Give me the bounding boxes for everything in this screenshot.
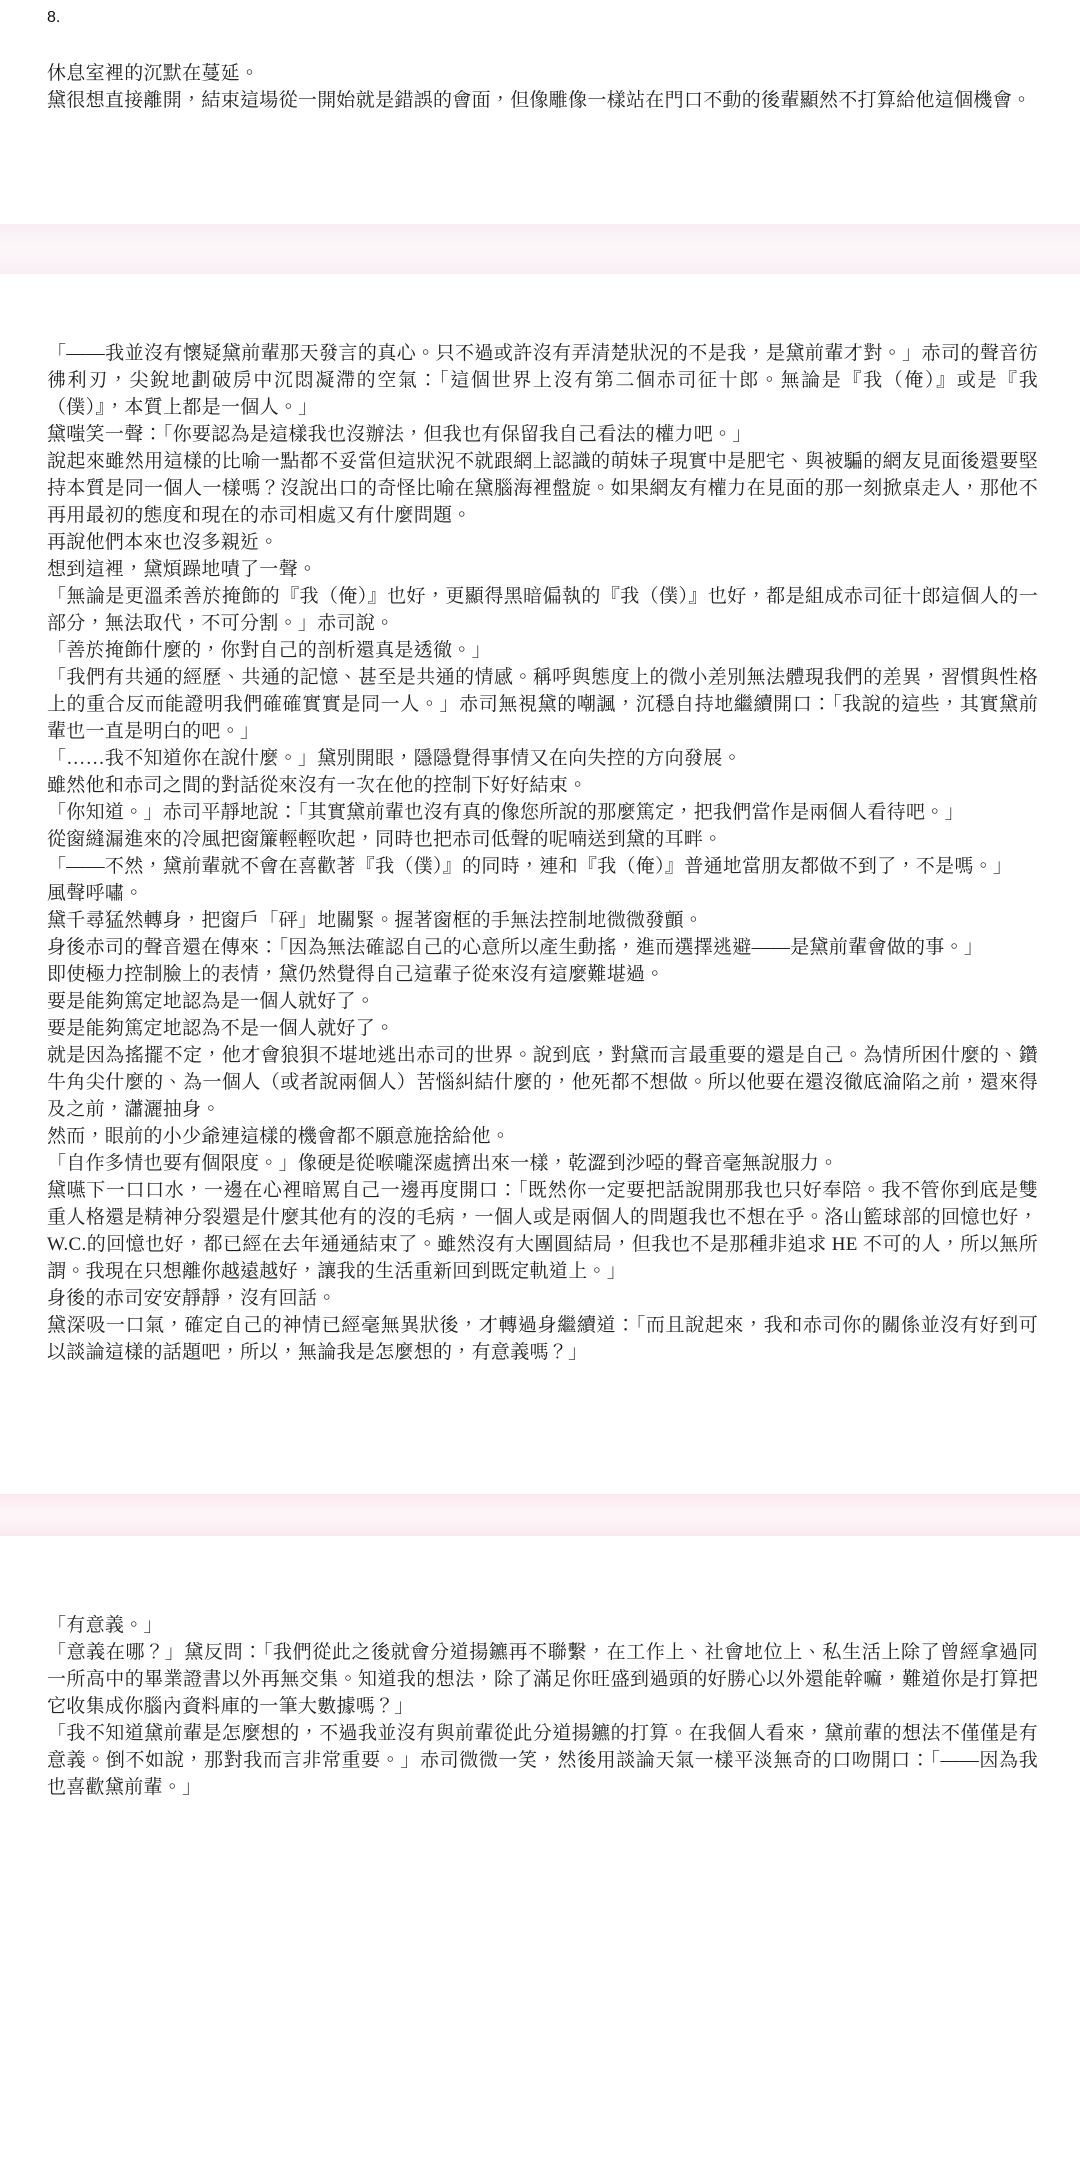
paragraph: 休息室裡的沉默在蔓延。 <box>47 60 1038 87</box>
paragraph: 「……我不知道你在說什麼。」黛別開眼，隱隱覺得事情又在向失控的方向發展。 <box>47 745 1038 772</box>
paragraph: 黛嚥下一口口水，一邊在心裡暗罵自己一邊再度開口：「既然你一定要把話說開那我也只好… <box>47 1177 1038 1285</box>
paragraph: 雖然他和赤司之間的對話從來沒有一次在他的控制下好好結束。 <box>47 772 1038 799</box>
separator-band-top <box>0 224 1080 274</box>
separator-band-bottom <box>0 1494 1080 1536</box>
paragraph: 「我們有共通的經歷、共通的記憶、甚至是共通的情感。稱呼與態度上的微小差別無法體現… <box>47 664 1038 745</box>
paragraph: 黛千尋猛然轉身，把窗戶「砰」地關緊。握著窗框的手無法控制地微微發顫。 <box>47 907 1038 934</box>
paragraph: 「——我並沒有懷疑黛前輩那天發言的真心。只不過或許沒有弄清楚狀況的不是我，是黛前… <box>47 340 1038 421</box>
paragraph: 黛深吸一口氣，確定自己的神情已經毫無異狀後，才轉過身繼續道：「而且說起來，我和赤… <box>47 1312 1038 1366</box>
paragraph: 黛很想直接離開，結束這場從一開始就是錯誤的會面，但像雕像一樣站在門口不動的後輩顯… <box>47 87 1038 114</box>
paragraph: 想到這裡，黛煩躁地嘖了一聲。 <box>47 556 1038 583</box>
paragraph: 要是能夠篤定地認為不是一個人就好了。 <box>47 1015 1038 1042</box>
paragraph: 就是因為搖擺不定，他才會狼狽不堪地逃出赤司的世界。說到底，對黛而言最重要的還是自… <box>47 1042 1038 1123</box>
paragraph: 從窗縫漏進來的冷風把窗簾輕輕吹起，同時也把赤司低聲的呢喃送到黛的耳畔。 <box>47 826 1038 853</box>
paragraph: 即使極力控制臉上的表情，黛仍然覺得自己這輩子從來沒有這麼難堪過。 <box>47 961 1038 988</box>
paragraph: 「無論是更溫柔善於掩飾的『我（俺）』也好，更顯得黑暗偏執的『我（僕）』也好，都是… <box>47 583 1038 637</box>
main-paragraphs: 「——我並沒有懷疑黛前輩那天發言的真心。只不過或許沒有弄清楚狀況的不是我，是黛前… <box>0 340 1080 1366</box>
paragraph: 身後的赤司安安靜靜，沒有回話。 <box>47 1285 1038 1312</box>
paragraph: 身後赤司的聲音還在傳來：「因為無法確認自己的心意所以產生動搖，進而選擇逃避——是… <box>47 934 1038 961</box>
paragraph: 說起來雖然用這樣的比喻一點都不妥當但這狀況不就跟網上認識的萌妹子現實中是肥宅、與… <box>47 448 1038 529</box>
intro-paragraphs: 休息室裡的沉默在蔓延。黛很想直接離開，結束這場從一開始就是錯誤的會面，但像雕像一… <box>0 60 1080 114</box>
chapter-number: 8. <box>0 0 1080 28</box>
paragraph: 要是能夠篤定地認為是一個人就好了。 <box>47 988 1038 1015</box>
paragraph: 「有意義。」 <box>47 1612 1038 1639</box>
paragraph: 「——不然，黛前輩就不會在喜歡著『我（僕）』的同時，連和『我（俺）』普通地當朋友… <box>47 853 1038 880</box>
paragraph: 「意義在哪？」黛反問：「我們從此之後就會分道揚鑣再不聯繫，在工作上、社會地位上、… <box>47 1639 1038 1720</box>
paragraph: 然而，眼前的小少爺連這樣的機會都不願意施捨給他。 <box>47 1123 1038 1150</box>
fiction-reader-page: 8. 休息室裡的沉默在蔓延。黛很想直接離開，結束這場從一開始就是錯誤的會面，但像… <box>0 0 1080 2173</box>
paragraph: 「你知道。」赤司平靜地說：「其實黛前輩也沒有真的像您所說的那麼篤定，把我們當作是… <box>47 799 1038 826</box>
paragraph: 黛嗤笑一聲：「你要認為是這樣我也沒辦法，但我也有保留我自己看法的權力吧。」 <box>47 421 1038 448</box>
paragraph: 風聲呼嘯。 <box>47 880 1038 907</box>
paragraph: 再說他們本來也沒多親近。 <box>47 529 1038 556</box>
ending-paragraphs: 「有意義。」「意義在哪？」黛反問：「我們從此之後就會分道揚鑣再不聯繫，在工作上、… <box>0 1612 1080 1837</box>
paragraph: 「善於掩飾什麼的，你對自己的剖析還真是透徹。」 <box>47 637 1038 664</box>
paragraph: 「自作多情也要有個限度。」像硬是從喉嚨深處擠出來一樣，乾澀到沙啞的聲音毫無說服力… <box>47 1150 1038 1177</box>
paragraph: 「我不知道黛前輩是怎麼想的，不過我並沒有與前輩從此分道揚鑣的打算。在我個人看來，… <box>47 1720 1038 1801</box>
